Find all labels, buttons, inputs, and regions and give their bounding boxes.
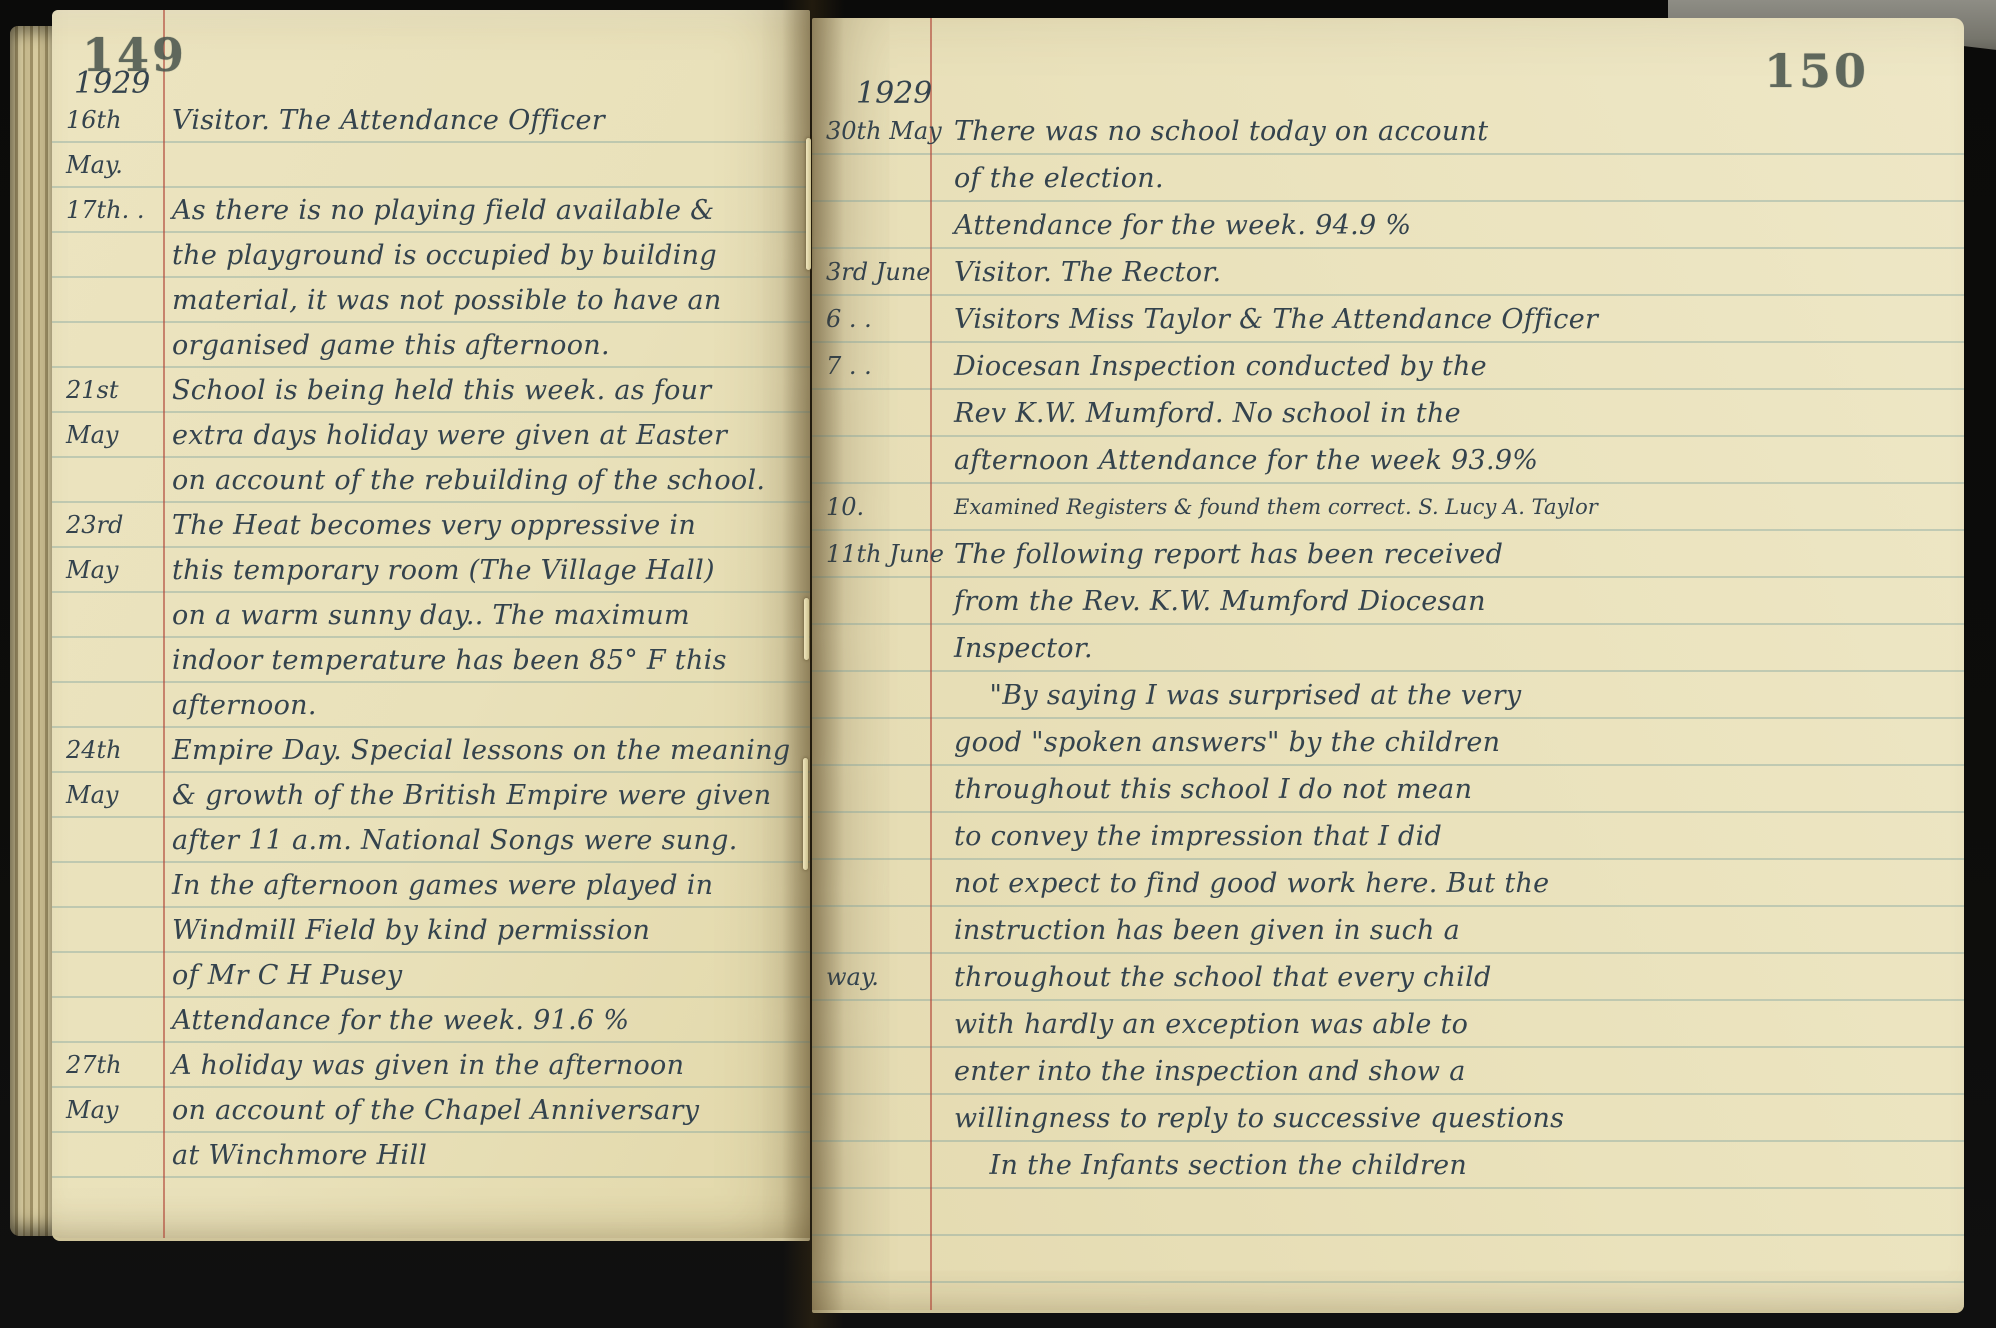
- entry-text: throughout the school that every child w…: [954, 954, 1950, 1189]
- log-entry: 16th May. Visitor. The Attendance Office…: [66, 98, 802, 188]
- entry-date: 17th. .: [66, 188, 172, 233]
- entry-date: 24th May: [66, 728, 172, 818]
- entry-text: Empire Day. Special lessons on the meani…: [172, 728, 802, 1043]
- entry-text: A holiday was given in the afternoon on …: [172, 1043, 802, 1178]
- log-entry: 7 . . Diocesan Inspection conducted by t…: [826, 343, 1950, 484]
- stitching-thread: [806, 138, 811, 270]
- entry-date: 30th May: [826, 108, 954, 155]
- page-149: 149 1929 16th May. Visitor. The Attendan…: [52, 10, 810, 1241]
- entry-date: 16th May.: [66, 98, 172, 188]
- entry-text: Examined Registers & found them correct.…: [954, 484, 1950, 531]
- entry-text: Visitor. The Attendance Officer: [172, 98, 802, 143]
- entry-text: Visitor. The Rector.: [954, 249, 1950, 296]
- page-150: 150 1929 30th May There was no school to…: [812, 18, 1964, 1313]
- entry-text: There was no school today on account of …: [954, 108, 1950, 249]
- log-entry: 11th June The following report has been …: [826, 531, 1950, 954]
- page-number-stamp: 150: [1764, 44, 1869, 98]
- entry-text: The Heat becomes very oppressive in this…: [172, 503, 802, 728]
- entry-date: 10.: [826, 484, 954, 531]
- entry-date: 23rd May: [66, 503, 172, 593]
- entry-date: 11th June: [826, 531, 954, 578]
- log-entry: 6 . . Visitors Miss Taylor & The Attenda…: [826, 296, 1950, 343]
- entry-date: 7 . .: [826, 343, 954, 390]
- log-entry: 10. Examined Registers & found them corr…: [826, 484, 1950, 531]
- log-entry: 3rd June Visitor. The Rector.: [826, 249, 1950, 296]
- stitching-thread: [804, 598, 809, 660]
- year-label: 1929: [856, 76, 932, 111]
- entry-text: As there is no playing field available &…: [172, 188, 802, 368]
- entry-text: Diocesan Inspection conducted by the Rev…: [954, 343, 1950, 484]
- entry-date: way.: [826, 954, 954, 1001]
- log-entry: way. throughout the school that every ch…: [826, 954, 1950, 1189]
- log-entry: 24th May Empire Day. Special lessons on …: [66, 728, 802, 1043]
- entry-date: 27th May: [66, 1043, 172, 1133]
- log-entries: 16th May. Visitor. The Attendance Office…: [66, 98, 802, 1178]
- log-entry: 30th May There was no school today on ac…: [826, 108, 1950, 249]
- log-entry: 17th. . As there is no playing field ava…: [66, 188, 802, 368]
- stitching-thread: [803, 758, 808, 870]
- book-gutter: [782, 0, 844, 1328]
- entry-date: 3rd June: [826, 249, 954, 296]
- year-label: 1929: [74, 66, 150, 101]
- entry-date: 6 . .: [826, 296, 954, 343]
- log-entries: 30th May There was no school today on ac…: [826, 108, 1950, 1189]
- entry-date: 21st May: [66, 368, 172, 458]
- entry-text: The following report has been received f…: [954, 531, 1950, 954]
- log-entry: 23rd May The Heat becomes very oppressiv…: [66, 503, 802, 728]
- stacked-page-edges: [10, 26, 56, 1236]
- log-entry: 27th May A holiday was given in the afte…: [66, 1043, 802, 1178]
- logbook-photo: 149 1929 16th May. Visitor. The Attendan…: [0, 0, 1996, 1328]
- entry-text: Visitors Miss Taylor & The Attendance Of…: [954, 296, 1950, 343]
- entry-text: School is being held this week. as four …: [172, 368, 802, 503]
- log-entry: 21st May School is being held this week.…: [66, 368, 802, 503]
